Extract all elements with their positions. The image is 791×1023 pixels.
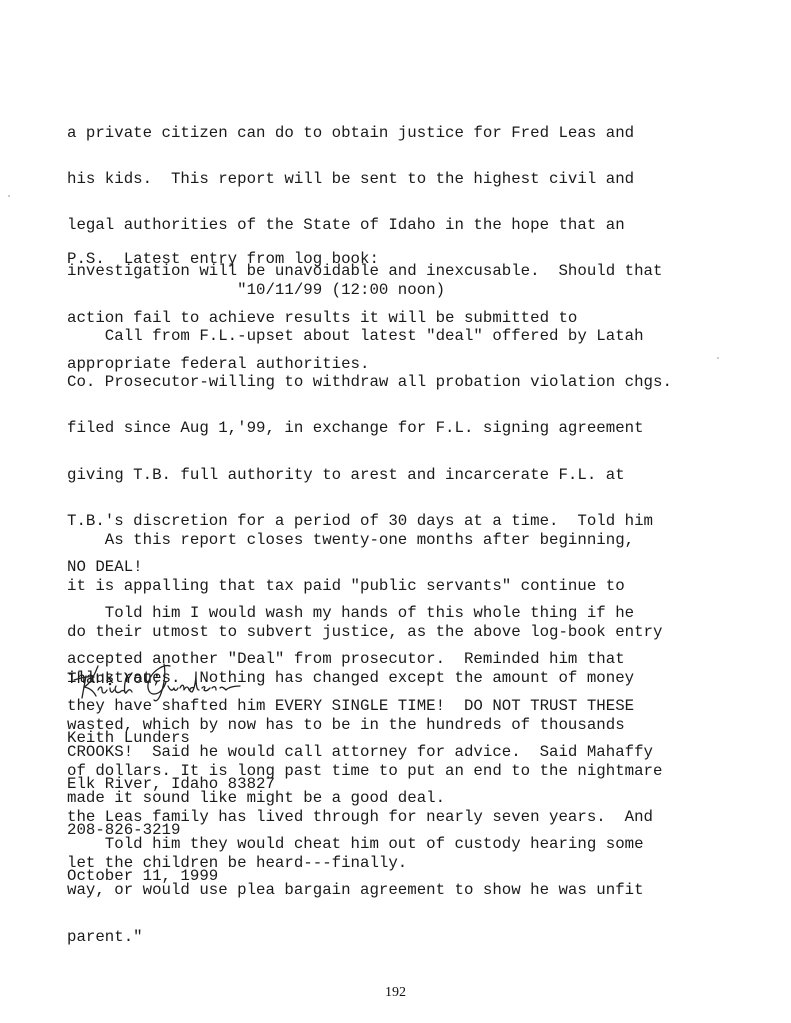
- signer-location: Elk River, Idaho 83827: [67, 777, 275, 792]
- text-line: filed since Aug 1,'99, in exchange for F…: [67, 421, 672, 436]
- text-line: parent.": [67, 930, 672, 945]
- signer-date: October 11, 1999: [67, 869, 275, 884]
- signer-name: Keith Lunders: [67, 731, 275, 746]
- text-line: his kids. This report will be sent to th…: [67, 172, 662, 187]
- text-line: As this report closes twenty-one months …: [67, 533, 662, 548]
- scan-speck: [717, 357, 719, 359]
- log-entry-timestamp: "10/11/99 (12:00 noon): [67, 283, 672, 298]
- text-line: it is appalling that tax paid "public se…: [67, 579, 662, 594]
- text-line: Co. Prosecutor-willing to withdraw all p…: [67, 375, 672, 390]
- text-line: Call from F.L.-upset about latest "deal"…: [67, 329, 672, 344]
- signer-info: Keith Lunders Elk River, Idaho 83827 208…: [67, 700, 275, 916]
- document-page: a private citizen can do to obtain justi…: [0, 0, 791, 1023]
- text-line: do their utmost to subvert justice, as t…: [67, 625, 662, 640]
- signer-phone: 208-826-3219: [67, 823, 275, 838]
- text-line: a private citizen can do to obtain justi…: [67, 126, 662, 141]
- handwritten-signature: [68, 660, 258, 704]
- text-line: giving T.B. full authority to arest and …: [67, 468, 672, 483]
- page-number: 192: [0, 985, 791, 1001]
- scan-speck: [8, 195, 10, 197]
